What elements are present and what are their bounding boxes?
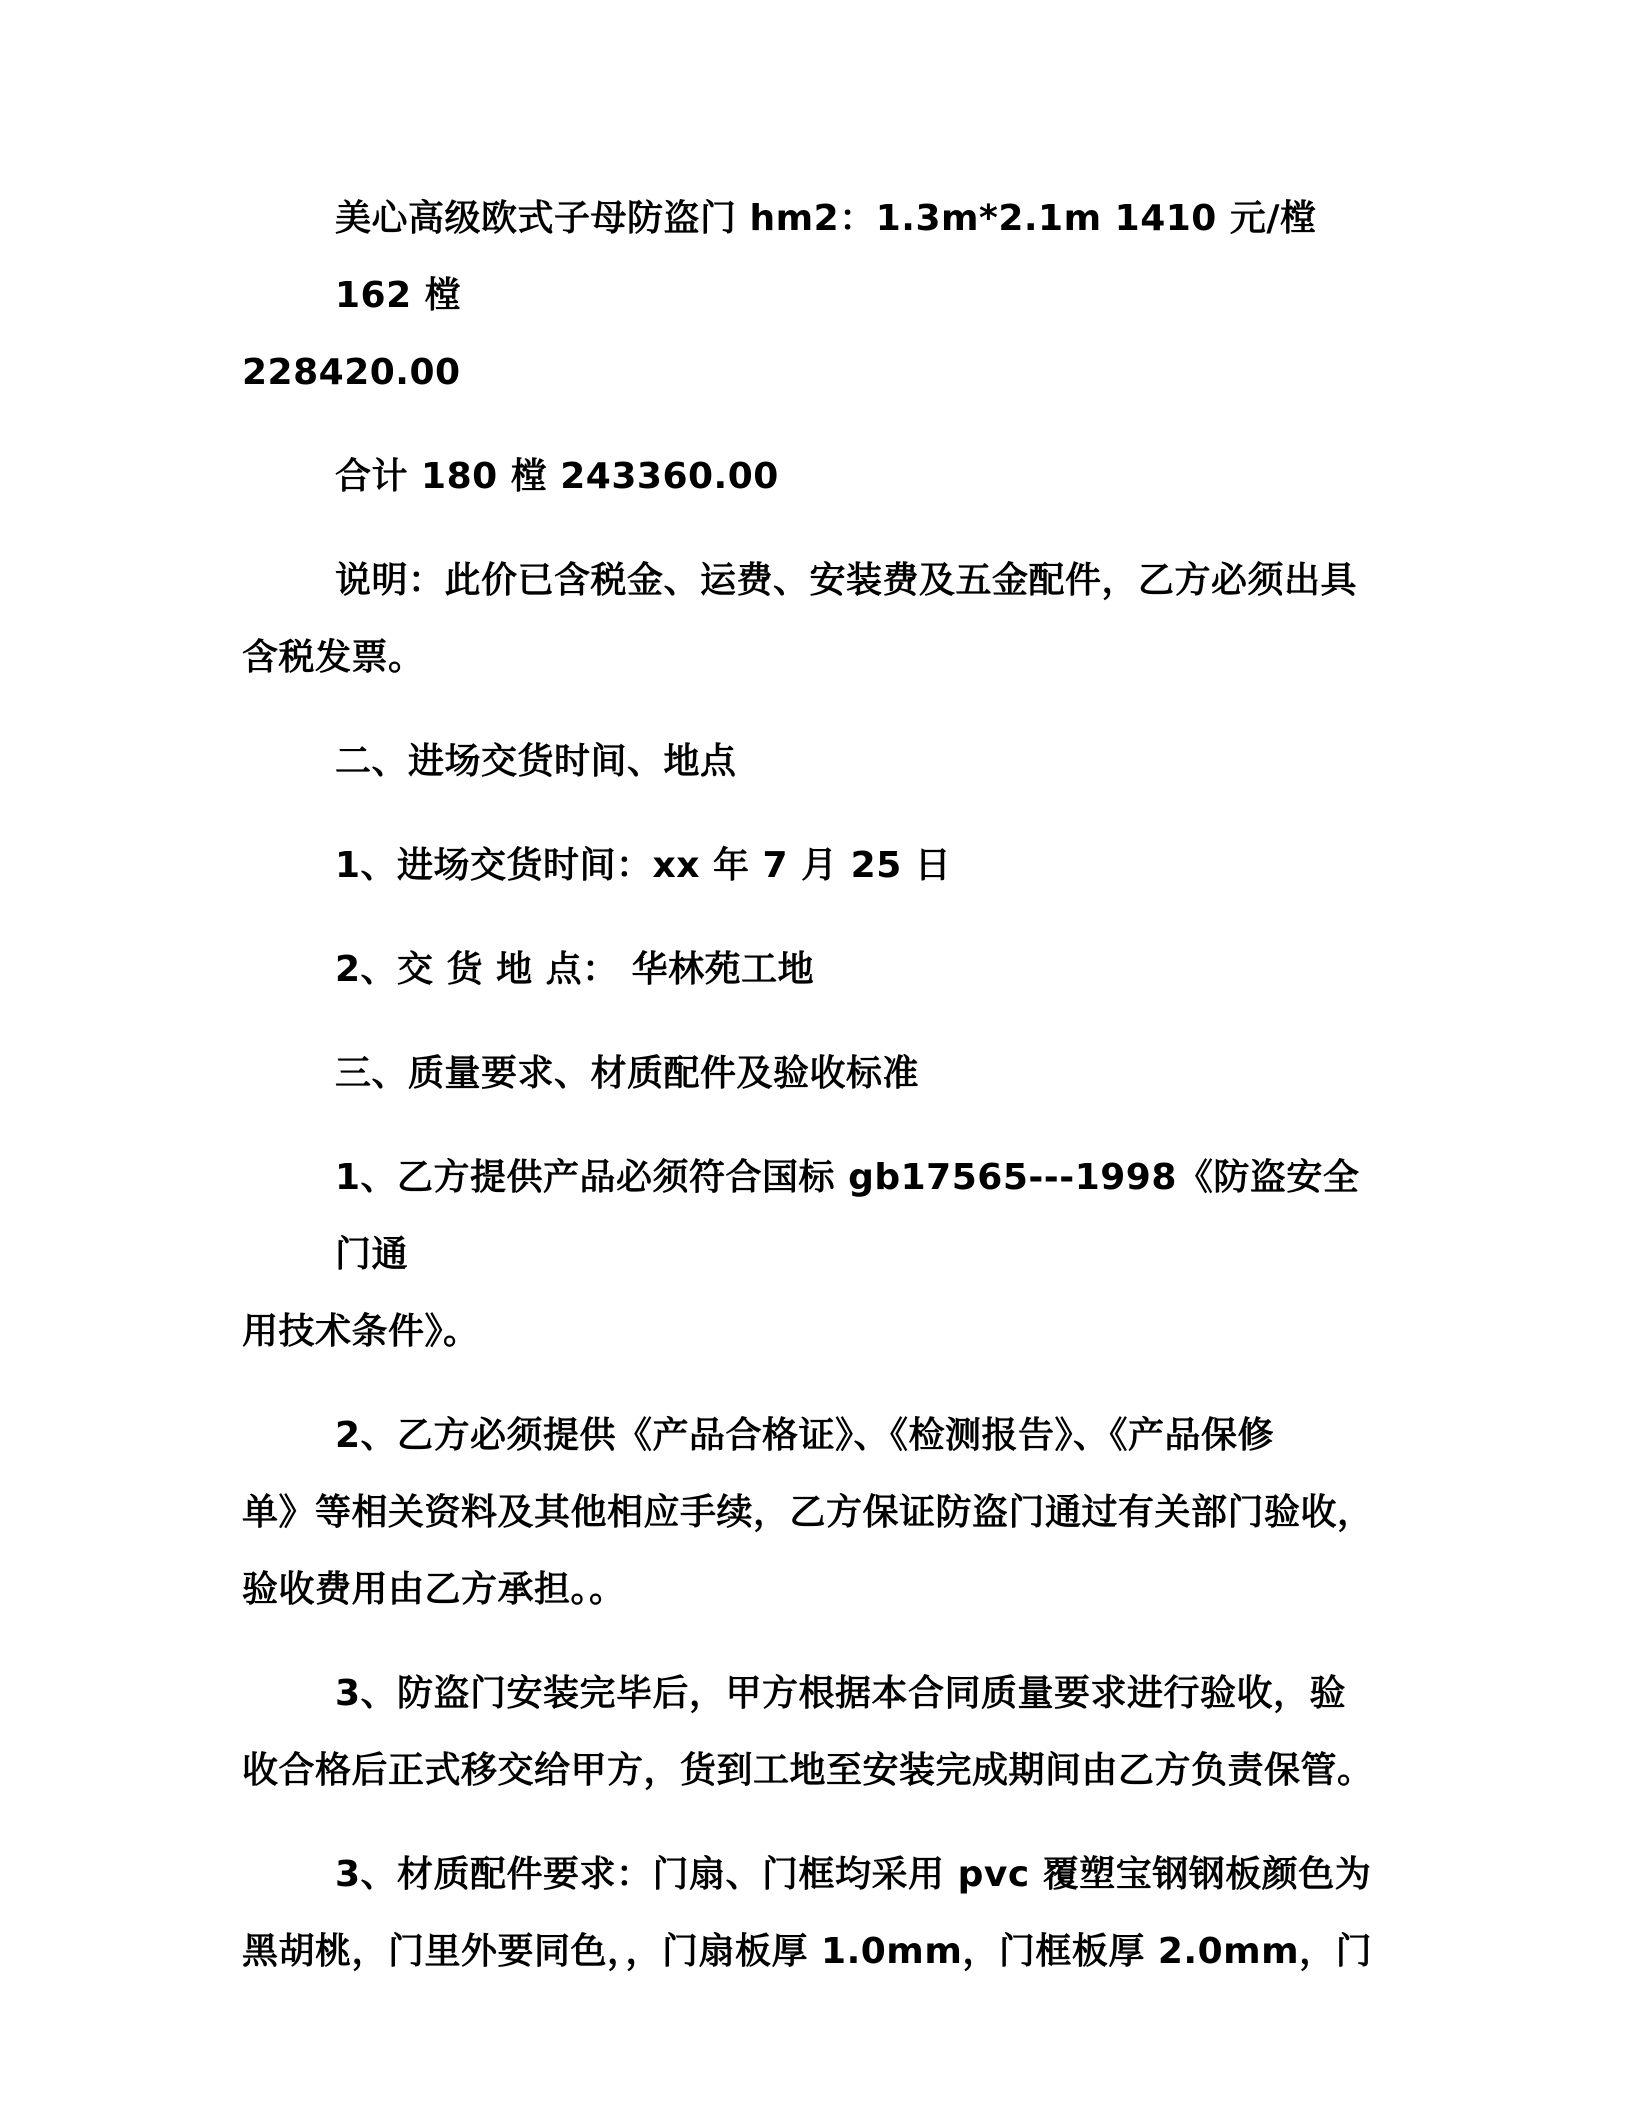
paragraph-line: 验收费用由乙方承担。。 <box>242 1551 1392 1628</box>
paragraph: 合计 180 樘 243360.00 <box>242 438 1392 515</box>
paragraph: 美心高级欧式子母防盗门 hm2：1.3m*2.1m 1410 元/樘 162 樘… <box>242 180 1392 411</box>
paragraph-line: 1、乙方提供产品必须符合国标 gb17565---1998《防盗安全门通 <box>242 1139 1392 1293</box>
paragraph: 2、乙方必须提供《产品合格证》、《检测报告》、《产品保修单》等相关资料及其他相应… <box>242 1397 1392 1628</box>
paragraph: 1、进场交货时间：xx 年 7 月 25 日 <box>242 827 1392 904</box>
paragraph-line: 3、材质配件要求：门扇、门框均采用 pvc 覆塑宝钢钢板颜色为 <box>242 1836 1392 1913</box>
paragraph: 1、乙方提供产品必须符合国标 gb17565---1998《防盗安全门通用技术条… <box>242 1139 1392 1370</box>
paragraph-line: 黑胡桃，门里外要同色，，门扇板厚 1.0mm，门框板厚 2.0mm，门 <box>242 1913 1392 1990</box>
document-page: 美心高级欧式子母防盗门 hm2：1.3m*2.1m 1410 元/樘 162 樘… <box>0 0 1632 2112</box>
paragraph-line: 1、进场交货时间：xx 年 7 月 25 日 <box>242 827 1392 904</box>
paragraph: 3、防盗门安装完毕后，甲方根据本合同质量要求进行验收，验收合格后正式移交给甲方，… <box>242 1655 1392 1809</box>
paragraph-line: 含税发票。 <box>242 619 1392 696</box>
paragraph-line: 说明：此价已含税金、运费、安装费及五金配件，乙方必须出具 <box>242 542 1392 619</box>
paragraph: 三、质量要求、材质配件及验收标准 <box>242 1035 1392 1112</box>
paragraph-line: 合计 180 樘 243360.00 <box>242 438 1392 515</box>
paragraph-line: 收合格后正式移交给甲方，货到工地至安装完成期间由乙方负责保管。 <box>242 1732 1392 1809</box>
paragraph: 二、进场交货时间、地点 <box>242 723 1392 800</box>
paragraph-line: 美心高级欧式子母防盗门 hm2：1.3m*2.1m 1410 元/樘 162 樘 <box>242 180 1392 334</box>
paragraph-line: 三、质量要求、材质配件及验收标准 <box>242 1035 1392 1112</box>
paragraph-line: 单》等相关资料及其他相应手续，乙方保证防盗门通过有关部门验收， <box>242 1474 1392 1551</box>
paragraph-line: 用技术条件》。 <box>242 1293 1392 1370</box>
paragraph-line: 228420.00 <box>242 334 1392 411</box>
paragraph-line: 二、进场交货时间、地点 <box>242 723 1392 800</box>
paragraph: 说明：此价已含税金、运费、安装费及五金配件，乙方必须出具含税发票。 <box>242 542 1392 696</box>
paragraph: 3、材质配件要求：门扇、门框均采用 pvc 覆塑宝钢钢板颜色为黑胡桃，门里外要同… <box>242 1836 1392 1990</box>
paragraph-line: 3、防盗门安装完毕后，甲方根据本合同质量要求进行验收，验 <box>242 1655 1392 1732</box>
paragraph: 2、交 货 地 点： 华林苑工地 <box>242 931 1392 1008</box>
document-content: 美心高级欧式子母防盗门 hm2：1.3m*2.1m 1410 元/樘 162 樘… <box>242 180 1392 2017</box>
paragraph-line: 2、交 货 地 点： 华林苑工地 <box>242 931 1392 1008</box>
paragraph-line: 2、乙方必须提供《产品合格证》、《检测报告》、《产品保修 <box>242 1397 1392 1474</box>
